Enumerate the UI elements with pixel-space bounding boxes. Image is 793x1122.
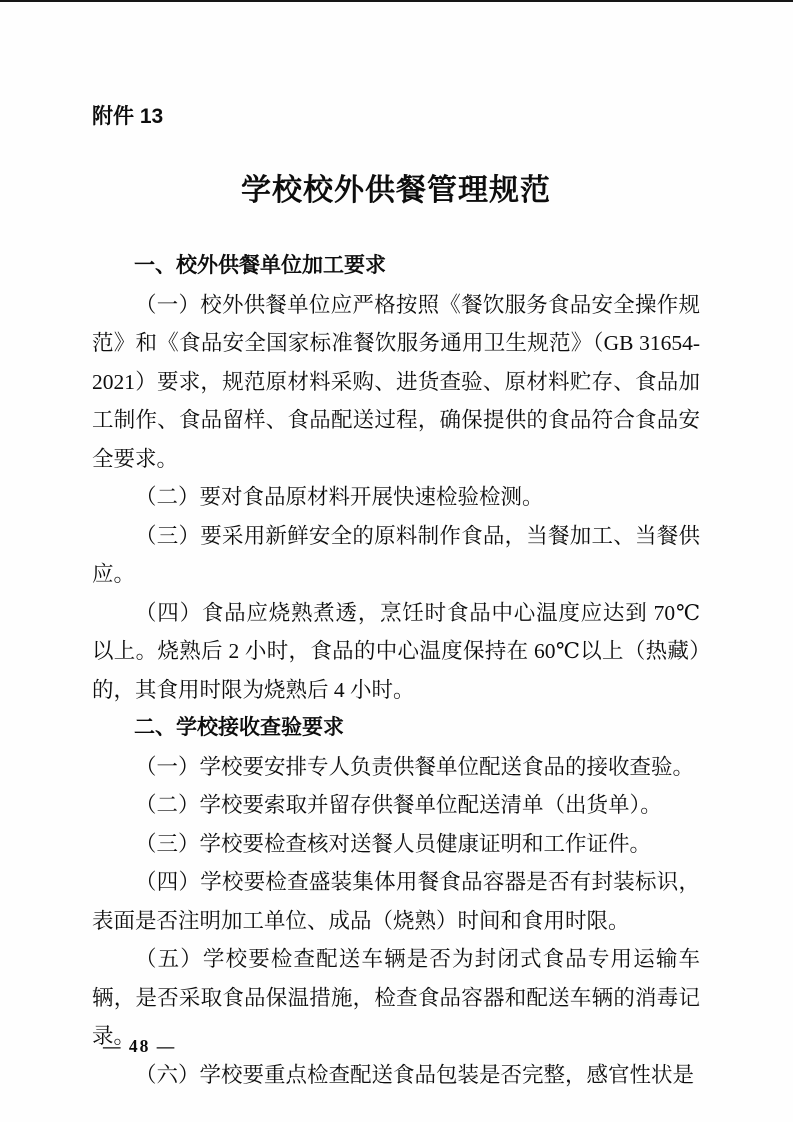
section-1-paragraph-2: （二）要对食品原材料开展快速检验检测。 xyxy=(92,478,700,517)
section-1-heading: 一、校外供餐单位加工要求 xyxy=(92,247,700,286)
section-2-paragraph-6: （六）学校要重点检查配送食品包装是否完整，感官性状是 xyxy=(92,1056,700,1095)
section-2-paragraph-2: （二）学校要索取并留存供餐单位配送清单（出货单）。 xyxy=(92,786,700,825)
page-number: — 48 — xyxy=(103,1036,176,1057)
scan-edge-artifact xyxy=(0,0,793,2)
section-1-paragraph-3: （三）要采用新鲜安全的原料制作食品，当餐加工、当餐供应。 xyxy=(92,517,700,594)
section-2-paragraph-5: （五）学校要检查配送车辆是否为封闭式食品专用运输车辆，是否采取食品保温措施，检查… xyxy=(92,940,700,1056)
section-1-paragraph-4: （四）食品应烧熟煮透，烹饪时食品中心温度应达到 70℃以上。烧熟后 2 小时，食… xyxy=(92,594,700,710)
section-2-paragraph-1: （一）学校要安排专人负责供餐单位配送食品的接收查验。 xyxy=(92,748,700,787)
document-body: 一、校外供餐单位加工要求 （一）校外供餐单位应严格按照《餐饮服务食品安全操作规范… xyxy=(92,247,700,1094)
section-2-paragraph-4: （四）学校要检查盛装集体用餐食品容器是否有封装标识，表面是否注明加工单位、成品（… xyxy=(92,863,700,940)
section-2-heading: 二、学校接收查验要求 xyxy=(92,709,700,748)
document-page: 附件 13 学校校外供餐管理规范 一、校外供餐单位加工要求 （一）校外供餐单位应… xyxy=(0,0,793,1122)
section-2-paragraph-3: （三）学校要检查核对送餐人员健康证明和工作证件。 xyxy=(92,825,700,864)
section-1-paragraph-1: （一）校外供餐单位应严格按照《餐饮服务食品安全操作规范》和《食品安全国家标准餐饮… xyxy=(92,286,700,479)
document-title: 学校校外供餐管理规范 xyxy=(92,171,700,211)
attachment-label: 附件 13 xyxy=(92,103,700,131)
